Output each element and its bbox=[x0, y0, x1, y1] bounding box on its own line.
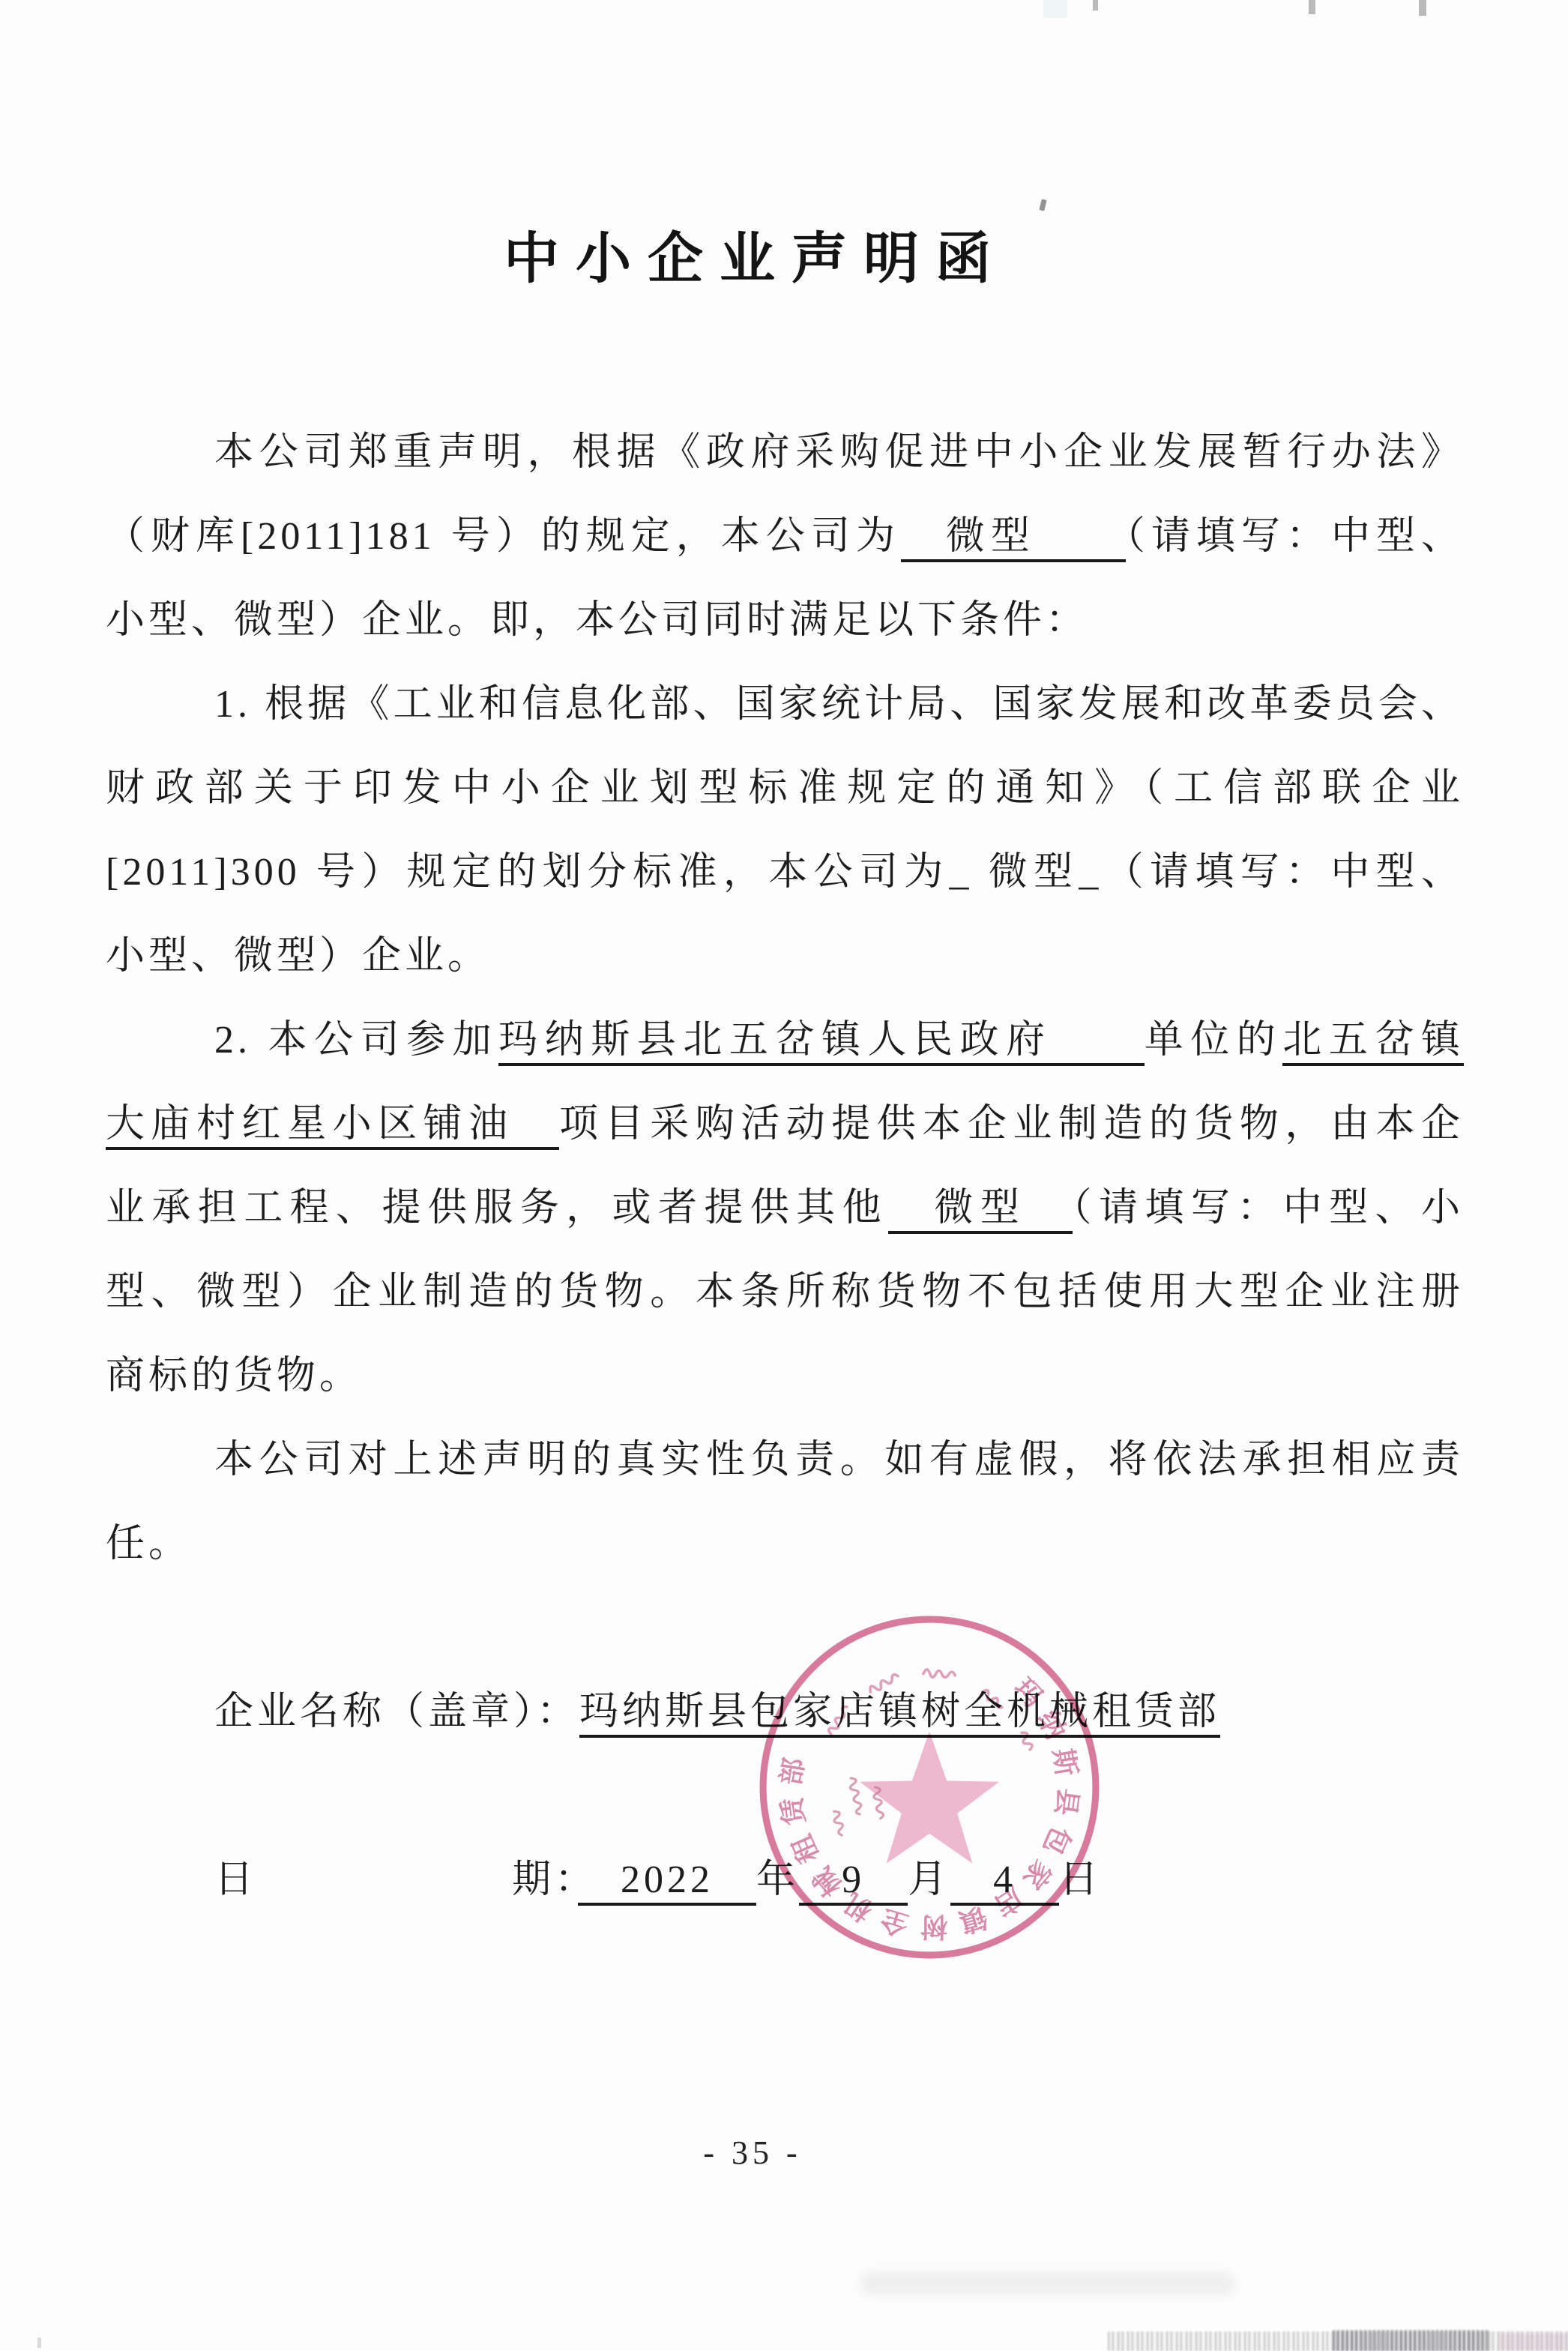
text-line: 1. 根据《工业和信息化部、国家统计局、国家发展和改革委员会、 bbox=[106, 663, 1464, 747]
text-line bbox=[106, 1754, 1464, 1838]
text-segment: （请填写：中型、小 bbox=[1073, 1187, 1464, 1229]
scan-artifact-tick bbox=[37, 2338, 41, 2348]
text-line: 业承担工程、提供服务，或者提供其他 微型 （请填写：中型、小 bbox=[106, 1167, 1464, 1250]
text-line: 财政部关于印发中小企业划型标准规定的通知》（工信部联企业 bbox=[106, 747, 1464, 831]
fill-in-blank: 大庙村红星小区铺油 bbox=[106, 1103, 559, 1150]
text-segment: 本公司郑重声明，根据《政府采购促进中小企业发展暂行办法》 bbox=[214, 431, 1464, 474]
text-line: 小型、微型）企业。即，本公司同时满足以下条件： bbox=[106, 579, 1464, 663]
text-segment: （请填写：中型、 bbox=[1102, 851, 1464, 894]
text-line: 日期： 2022 年 9 月 4 日 bbox=[106, 1838, 1464, 1922]
text-segment: 期： bbox=[512, 1858, 578, 1901]
text-segment: 单位的 bbox=[1145, 1019, 1283, 1062]
text-segment: 型、微型）企业制造的货物。本条所称货物不包括使用大型企业注册 bbox=[106, 1271, 1464, 1313]
text-segment: 月 bbox=[908, 1858, 950, 1901]
scan-artifact-noise-band-dark bbox=[1333, 2330, 1490, 2351]
text-line: （财库[2011]181 号）的规定，本公司为 微型 （请填写：中型、 bbox=[106, 495, 1464, 579]
fill-in-blank: 微型 bbox=[901, 515, 1126, 562]
fill-in-blank: 微型 bbox=[888, 1187, 1073, 1234]
fill-in-blank: 4 bbox=[950, 1858, 1059, 1906]
text-segment: 日 bbox=[1059, 1858, 1102, 1901]
fill-in-blank: 玛纳斯县包家店镇树全机械租赁部 bbox=[579, 1691, 1220, 1738]
fill-in-blank: 2022 bbox=[578, 1858, 756, 1906]
scan-artifact-speck bbox=[1039, 199, 1046, 211]
document-page: 中小企业声明函 本公司郑重声明，根据《政府采购促进中小企业发展暂行办法》（财库[… bbox=[0, 0, 1568, 2351]
scan-artifact-smudge bbox=[860, 2272, 1235, 2296]
text-segment: 商标的货物。 bbox=[106, 1355, 362, 1397]
body-lines: 本公司郑重声明，根据《政府采购促进中小企业发展暂行办法》（财库[2011]181… bbox=[106, 411, 1464, 1922]
page-number: - 35 - bbox=[0, 2134, 1537, 2172]
text-segment: 1. 根据《工业和信息化部、国家统计局、国家发展和改革委员会、 bbox=[214, 683, 1464, 726]
text-line: 本公司郑重声明，根据《政府采购促进中小企业发展暂行办法》 bbox=[106, 411, 1464, 495]
text-line bbox=[106, 1586, 1464, 1670]
scan-artifact-corner bbox=[1043, 0, 1067, 18]
text-line: 任。 bbox=[106, 1502, 1464, 1586]
text-segment: （财库[2011]181 号）的规定，本公司为 bbox=[106, 515, 901, 558]
text-line: 企业名称（盖章）：玛纳斯县包家店镇树全机械租赁部 bbox=[106, 1670, 1464, 1754]
text-segment: 日 bbox=[214, 1858, 257, 1901]
text-segment: 任。 bbox=[106, 1523, 191, 1565]
text-line: 商标的货物。 bbox=[106, 1334, 1464, 1418]
text-segment: 2. 本公司参加 bbox=[214, 1019, 498, 1062]
scan-artifact-pink-smudge bbox=[1499, 2333, 1568, 2351]
text-line: [2011]300 号）规定的划分标准，本公司为_ 微型_（请填写：中型、 bbox=[106, 831, 1464, 915]
spacer bbox=[257, 1891, 512, 1892]
text-line: 2. 本公司参加玛纳斯县北五岔镇人民政府 单位的北五岔镇 bbox=[106, 999, 1464, 1083]
document-title: 中小企业声明函 bbox=[0, 214, 1540, 294]
text-line: 大庙村红星小区铺油 项目采购活动提供本企业制造的货物，由本企 bbox=[106, 1083, 1464, 1167]
scan-artifact-tick bbox=[1419, 0, 1426, 16]
scan-artifact-tick bbox=[1093, 0, 1098, 10]
fill-in-blank: 玛纳斯县北五岔镇人民政府 bbox=[498, 1019, 1145, 1066]
text-line: 小型、微型）企业。 bbox=[106, 915, 1464, 999]
scan-artifact-tick bbox=[1309, 0, 1315, 14]
text-segment: 小型、微型）企业。即，本公司同时满足以下条件： bbox=[106, 599, 1088, 642]
text-segment: 本公司对上述声明的真实性负责。如有虚假，将依法承担相应责 bbox=[214, 1439, 1464, 1481]
text-segment: 小型、微型）企业。 bbox=[106, 935, 490, 978]
fill-in-blank: 北五岔镇 bbox=[1282, 1019, 1464, 1066]
text-segment: 业承担工程、提供服务，或者提供其他 bbox=[106, 1187, 888, 1229]
scan-artifact-noise-band bbox=[1108, 2332, 1568, 2351]
text-line: 型、微型）企业制造的货物。本条所称货物不包括使用大型企业注册 bbox=[106, 1250, 1464, 1334]
fill-in-blank: 9 bbox=[799, 1858, 908, 1906]
text-segment: 企业名称（盖章）： bbox=[214, 1691, 579, 1733]
text-segment: 财政部关于印发中小企业划型标准规定的通知》（工信部联企业 bbox=[106, 767, 1464, 810]
text-segment: （请填写：中型、 bbox=[1126, 515, 1464, 558]
text-segment: 年 bbox=[756, 1858, 799, 1901]
text-segment: _ 微型_ bbox=[949, 851, 1102, 894]
text-segment: [2011]300 号）规定的划分标准，本公司为 bbox=[106, 851, 949, 894]
text-line: 本公司对上述声明的真实性负责。如有虚假，将依法承担相应责 bbox=[106, 1418, 1464, 1502]
text-segment: 项目采购活动提供本企业制造的货物，由本企 bbox=[559, 1103, 1464, 1146]
